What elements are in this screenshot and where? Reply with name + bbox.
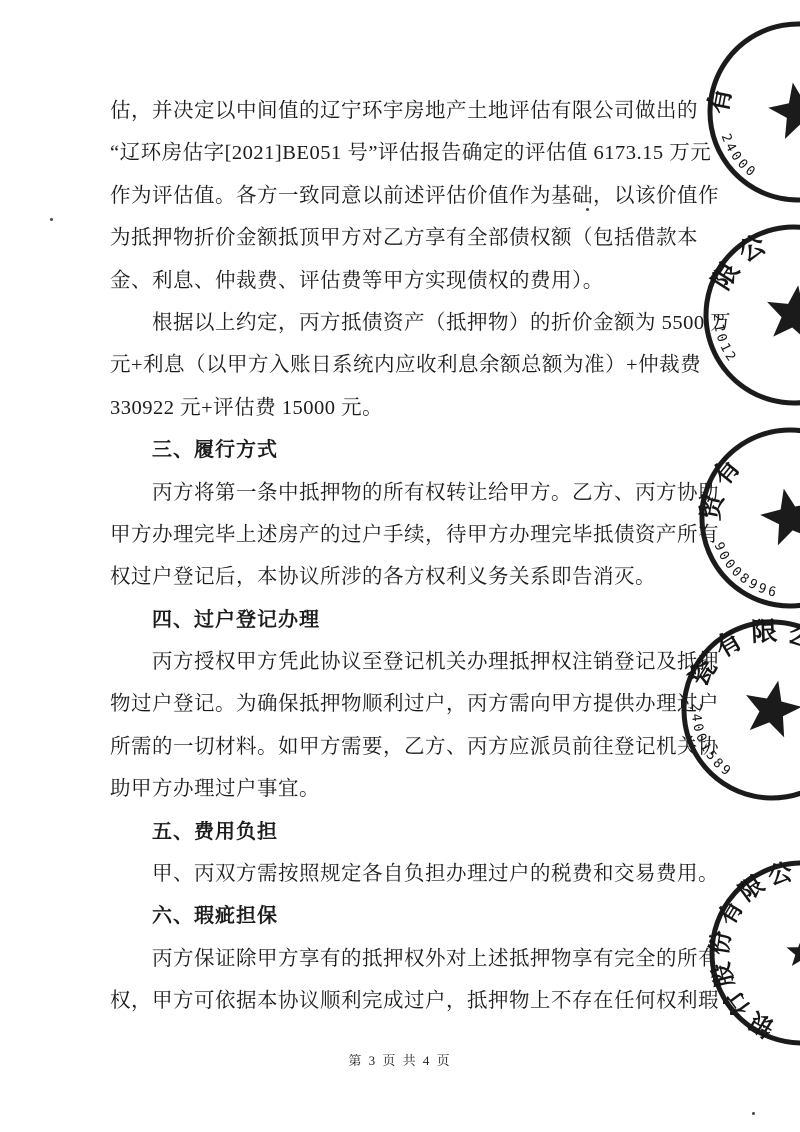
- page-number-footer: 第 3 页 共 4 页: [0, 1050, 800, 1069]
- text-line: 元+利息（以甲方入账日系统内应收利息余额总额为准）+仲裁费: [110, 344, 698, 386]
- text-line: 330922 元+评估费 15000 元。: [110, 387, 698, 429]
- section-heading-performance-method: 三、履行方式: [110, 429, 698, 471]
- svg-text:24000: 24000: [717, 128, 762, 186]
- text-line: 根据以上约定，丙方抵债资产（抵押物）的折价金额为 5500 万: [110, 302, 698, 344]
- section-heading-cost-burden: 五、费用负担: [110, 811, 698, 853]
- section-heading-transfer-registration: 四、过户登记办理: [110, 599, 698, 641]
- text-line: 所需的一切材料。如甲方需要，乙方、丙方应派员前往登记机关协: [110, 726, 698, 768]
- star-icon: [765, 78, 800, 141]
- text-line: 丙方授权甲方凭此协议至登记机关办理抵押权注销登记及抵押: [110, 641, 698, 683]
- seal-arc-text: 限公: [704, 218, 781, 300]
- text-line: 助甲方办理过户事宜。: [110, 768, 698, 810]
- svg-text:90008996: 90008996: [710, 531, 783, 613]
- text-line: 权，甲方可依据本协议顺利完成过户，抵押物上不存在任何权利瑕: [110, 980, 698, 1022]
- paragraph: 丙方保证除甲方享有的抵押权外对上述抵押物享有完全的所有 权，甲方可依据本协议顺利…: [110, 938, 698, 1023]
- paragraph: 丙方将第一条中抵押物的所有权转让给甲方。乙方、丙方协助 甲方办理完毕上述房产的过…: [110, 472, 698, 599]
- seal-arc-digits: 90008996: [710, 531, 783, 613]
- seal-arc-digits: 24000: [717, 128, 762, 186]
- paragraph: 估，并决定以中间值的辽宁环宇房地产土地评估有限公司做出的 “辽环房估字[2021…: [110, 90, 698, 302]
- svg-text:有: 有: [697, 72, 744, 121]
- text-line: 物过户登记。为确保抵押物顺利过户，丙方需向甲方提供办理过户: [110, 683, 698, 725]
- paragraph: 根据以上约定，丙方抵债资产（抵押物）的折价金额为 5500 万 元+利息（以甲方…: [110, 302, 698, 429]
- seal-ring: [686, 414, 800, 623]
- star-icon: [781, 933, 800, 973]
- star-icon: [762, 281, 800, 343]
- text-line: 金、利息、仲裁费、评估费等甲方实现债权的费用）。: [110, 260, 698, 302]
- document-page: 估，并决定以中间值的辽宁环宇房地产土地评估有限公司做出的 “辽环房估字[2021…: [0, 0, 800, 1132]
- text-line: 甲、丙双方需按照规定各自负担办理过户的税费和交易费用。: [110, 853, 698, 895]
- scan-noise-dot: [50, 218, 53, 221]
- text-line: 作为评估值。各方一致同意以前述评估价值作为基础，以该价值作: [110, 175, 698, 217]
- text-line: “辽环房估字[2021]BE051 号”评估报告确定的评估值 6173.15 万…: [110, 132, 698, 174]
- scan-noise-dot: [752, 1112, 755, 1115]
- scan-noise-dot: [586, 208, 589, 211]
- document-body: 估，并决定以中间值的辽宁环宇房地产土地评估有限公司做出的 “辽环房估字[2021…: [110, 90, 698, 1023]
- text-line: 为抵押物折价金额抵顶甲方对乙方享有全部债权额（包括借款本: [110, 217, 698, 259]
- seal-ring: [696, 10, 800, 214]
- star-icon: [739, 675, 800, 740]
- text-line: 丙方将第一条中抵押物的所有权转让给甲方。乙方、丙方协助: [110, 472, 698, 514]
- seal-arc-text: 有: [697, 72, 744, 121]
- star-icon: [756, 483, 800, 548]
- paragraph: 丙方授权甲方凭此协议至登记机关办理抵押权注销登记及抵押 物过户登记。为确保抵押物…: [110, 641, 698, 811]
- paragraph: 甲、丙双方需按照规定各自负担办理过户的税费和交易费用。: [110, 853, 698, 895]
- text-line: 估，并决定以中间值的辽宁环宇房地产土地评估有限公司做出的: [110, 90, 698, 132]
- text-line: 丙方保证除甲方享有的抵押权外对上述抵押物享有完全的所有: [110, 938, 698, 980]
- text-line: 甲方办理完毕上述房产的过户手续，待甲方办理完毕抵债资产所有: [110, 514, 698, 556]
- section-heading-defect-warranty: 六、瑕疵担保: [110, 895, 698, 937]
- svg-text:限公: 限公: [704, 218, 781, 300]
- text-line: 权过户登记后，本协议所涉的各方权利义务关系即告消灭。: [110, 556, 698, 598]
